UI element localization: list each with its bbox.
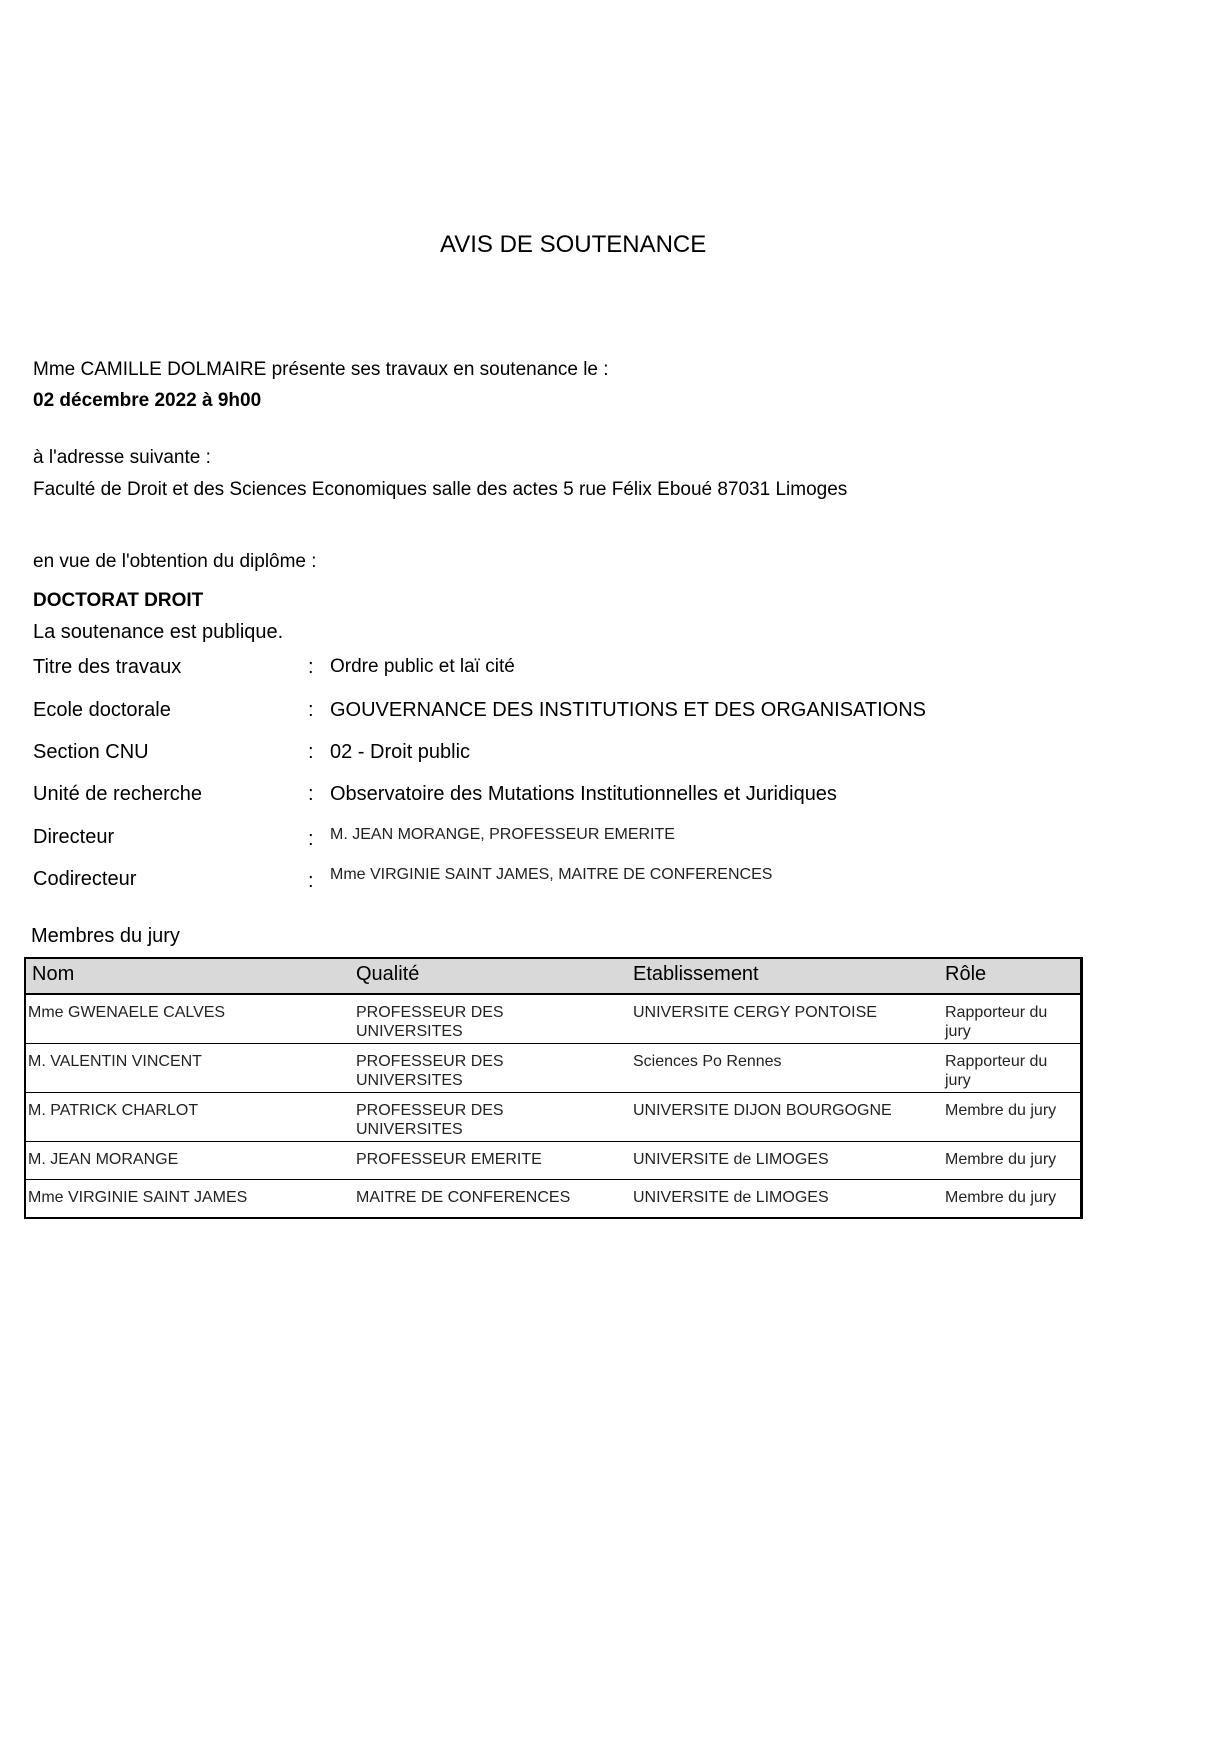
qualite-text: PROFESSEUR EMERITE [356, 1150, 542, 1169]
diploma-value: DOCTORAT DROIT [33, 591, 203, 610]
info-label: Codirecteur [33, 869, 136, 889]
info-row-ecole: Ecole doctorale : GOUVERNANCE DES INSTIT… [0, 700, 1230, 724]
info-label: Titre des travaux [33, 657, 181, 677]
column-header-role: Rôle [933, 958, 1082, 994]
info-row-title: Titre des travaux : Ordre public et laï … [0, 657, 1230, 681]
candidate-intro: Mme CAMILLE DOLMAIRE présente ses travau… [33, 360, 609, 379]
qualite-text: PROFESSEUR DES UNIVERSITES [356, 1003, 546, 1041]
column-header-nom: Nom [25, 958, 344, 994]
cell-nom: Mme GWENAELE CALVES [25, 994, 344, 1044]
info-row-section: Section CNU : 02 - Droit public [0, 742, 1230, 766]
column-header-qualite: Qualité [344, 958, 621, 994]
info-label: Ecole doctorale [33, 700, 171, 720]
jury-heading: Membres du jury [31, 926, 180, 946]
cell-qualite: PROFESSEUR DES UNIVERSITES [344, 1044, 621, 1093]
public-notice: La soutenance est publique. [33, 622, 283, 642]
cell-etablissement: UNIVERSITE CERGY PONTOISE [621, 994, 933, 1044]
cell-nom: Mme VIRGINIE SAINT JAMES [25, 1180, 344, 1219]
info-row-unite: Unité de recherche : Observatoire des Mu… [0, 784, 1230, 808]
info-value: Ordre public et laï cité [330, 657, 515, 676]
cell-role: Membre du jury [933, 1093, 1082, 1142]
qualite-text: MAITRE DE CONFERENCES [356, 1188, 570, 1207]
address-value: Faculté de Droit et des Sciences Economi… [33, 480, 847, 499]
table-row: Mme GWENAELE CALVES PROFESSEUR DES UNIVE… [25, 994, 1082, 1044]
cell-nom: M. VALENTIN VINCENT [25, 1044, 344, 1093]
info-label: Directeur [33, 827, 114, 847]
info-separator: : [308, 700, 314, 720]
table-row: M. VALENTIN VINCENT PROFESSEUR DES UNIVE… [25, 1044, 1082, 1093]
cell-role: Membre du jury [933, 1142, 1082, 1180]
info-separator: : [308, 871, 314, 891]
cell-qualite: PROFESSEUR DES UNIVERSITES [344, 994, 621, 1044]
info-row-directeur: Directeur : M. JEAN MORANGE, PROFESSEUR … [0, 827, 1230, 851]
cell-nom: M. PATRICK CHARLOT [25, 1093, 344, 1142]
diploma-label: en vue de l'obtention du diplôme : [33, 552, 317, 571]
table-row: M. JEAN MORANGE PROFESSEUR EMERITE UNIVE… [25, 1142, 1082, 1180]
cell-etablissement: UNIVERSITE de LIMOGES [621, 1142, 933, 1180]
info-label: Unité de recherche [33, 784, 202, 804]
info-row-codirecteur: Codirecteur : Mme VIRGINIE SAINT JAMES, … [0, 869, 1230, 893]
document-title: AVIS DE SOUTENANCE [440, 233, 706, 257]
info-separator: : [308, 784, 314, 804]
qualite-text: PROFESSEUR DES UNIVERSITES [356, 1052, 546, 1090]
defense-date: 02 décembre 2022 à 9h00 [33, 391, 261, 410]
cell-etablissement: UNIVERSITE de LIMOGES [621, 1180, 933, 1219]
info-separator: : [308, 829, 314, 849]
info-separator: : [308, 742, 314, 762]
cell-etablissement: UNIVERSITE DIJON BOURGOGNE [621, 1093, 933, 1142]
jury-table-header: Nom Qualité Etablissement Rôle [25, 958, 1082, 994]
table-row: M. PATRICK CHARLOT PROFESSEUR DES UNIVER… [25, 1093, 1082, 1142]
cell-qualite: PROFESSEUR EMERITE [344, 1142, 621, 1180]
info-value: GOUVERNANCE DES INSTITUTIONS ET DES ORGA… [330, 700, 926, 720]
info-separator: : [308, 657, 314, 677]
info-value: Observatoire des Mutations Institutionne… [330, 784, 837, 804]
cell-role: Rapporteur du jury [933, 1044, 1082, 1093]
cell-role: Rapporteur du jury [933, 994, 1082, 1044]
info-value: M. JEAN MORANGE, PROFESSEUR EMERITE [330, 827, 675, 843]
qualite-text: PROFESSEUR DES UNIVERSITES [356, 1101, 546, 1139]
info-value: Mme VIRGINIE SAINT JAMES, MAITRE DE CONF… [330, 867, 772, 883]
info-value: 02 - Droit public [330, 742, 470, 762]
column-header-etablissement: Etablissement [621, 958, 933, 994]
cell-qualite: MAITRE DE CONFERENCES [344, 1180, 621, 1219]
info-label: Section CNU [33, 742, 149, 762]
address-label: à l'adresse suivante : [33, 448, 211, 467]
jury-table: Nom Qualité Etablissement Rôle Mme GWENA… [24, 957, 1083, 1219]
cell-etablissement: Sciences Po Rennes [621, 1044, 933, 1093]
table-row: Mme VIRGINIE SAINT JAMES MAITRE DE CONFE… [25, 1180, 1082, 1219]
cell-qualite: PROFESSEUR DES UNIVERSITES [344, 1093, 621, 1142]
cell-role: Membre du jury [933, 1180, 1082, 1219]
cell-nom: M. JEAN MORANGE [25, 1142, 344, 1180]
